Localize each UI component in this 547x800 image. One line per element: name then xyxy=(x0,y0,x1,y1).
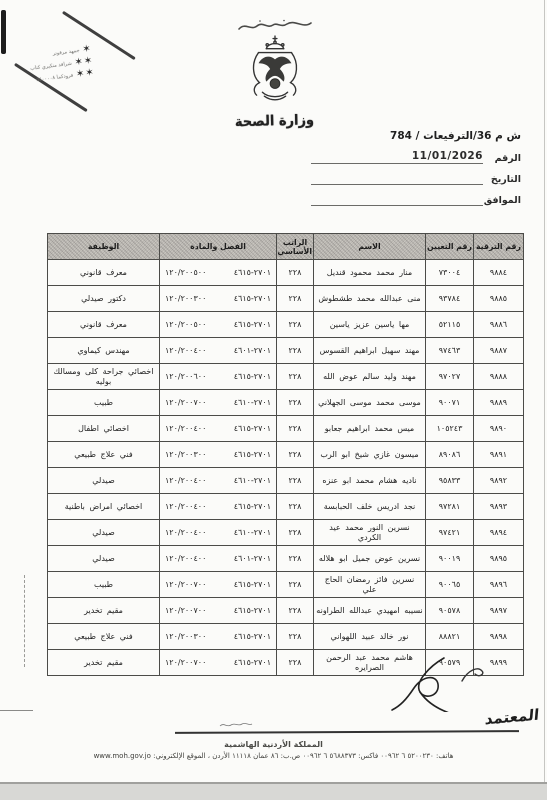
table-row: ٩٨٨٥٩٣٧٨٤منى عبدالله محمد طشطوش٢٢٨١٢٠/٢٠… xyxy=(48,286,524,312)
reference-field: التاريخ xyxy=(311,171,521,185)
scan-bottom-edge xyxy=(0,782,547,800)
cell-chapter-article: ١٢٠/٢٠٠٤٠٠٤٦١٥-٢٧٠١ xyxy=(160,494,277,520)
cell-job-title: مقيم تخدير xyxy=(48,650,160,676)
cell-job-title: اخصائي اطفال xyxy=(48,416,160,442)
cell-basic-salary: ٢٢٨ xyxy=(277,520,314,546)
article-value: ٤٦١٥-٢٧٠١ xyxy=(234,658,271,668)
chapter-value: ١٢٠/٢٠٠٥٠٠ xyxy=(165,320,206,330)
cell-basic-salary: ٢٢٨ xyxy=(277,546,314,572)
cell-appointment-number: ١٠٥٢٤٣ xyxy=(426,416,474,442)
chapter-value: ١٢٠/٢٠٠٤٠٠ xyxy=(165,554,206,564)
table-row: ٩٨٨٨٩٧٠٢٧مهند وليد سالم عوض الله٢٢٨١٢٠/٢… xyxy=(48,364,524,390)
cell-job-title: مهندس كيماوي xyxy=(48,338,160,364)
table-row: ٩٨٩٨٨٨٨٢١نور خالد عبيد اللهواني٢٢٨١٢٠/٢٠… xyxy=(48,624,524,650)
scan-dashed-line xyxy=(24,575,25,667)
chapter-value: ١٢٠/٢٠٠٤٠٠ xyxy=(165,502,206,512)
cell-appointment-number: ٧٣٠٠٤ xyxy=(426,260,474,286)
cell-name: نسرين فائز رمضان الحاج علي xyxy=(314,572,426,598)
cell-appointment-number: ٨٨٨٢١ xyxy=(426,624,474,650)
cell-name: نور خالد عبيد اللهواني xyxy=(314,624,426,650)
table-row: ٩٨٩٣٩٧٢٨١نجد ادريس خلف الحبابسة٢٢٨١٢٠/٢٠… xyxy=(48,494,524,520)
table-row: ٩٨٩٦٩٠٠٦٥نسرين فائز رمضان الحاج علي٢٢٨١٢… xyxy=(48,572,524,598)
field-value: 11/01/2026 xyxy=(311,150,483,164)
cell-name: منى عبدالله محمد طشطوش xyxy=(314,286,426,312)
article-value: ٤٦١٥-٢٧٠١ xyxy=(234,632,271,642)
cell-name: موسى محمد موسى الجهلاني xyxy=(314,390,426,416)
signature-scribble xyxy=(378,652,458,712)
reference-subject: ش م 36/الترفيعات / 784 xyxy=(311,130,521,142)
cell-appointment-number: ٩٠٥٧٨ xyxy=(426,598,474,624)
cell-appointment-number: ٩٣٧٨٤ xyxy=(426,286,474,312)
header-promotion-number: رقم الترقية xyxy=(474,234,524,260)
cell-chapter-article: ١٢٠/٢٠٠٤٠٠٤٦١٠-٢٧٠١ xyxy=(160,520,277,546)
cell-basic-salary: ٢٢٨ xyxy=(277,390,314,416)
pen-check-mark xyxy=(458,663,488,685)
field-value xyxy=(311,192,483,206)
cell-chapter-article: ١٢٠/٢٠٠٥٠٠٤٦١٥-٢٧٠١ xyxy=(160,312,277,338)
cell-job-title: فني علاج طبيعي xyxy=(48,442,160,468)
cell-chapter-article: ١٢٠/٢٠٠٤٠٠٤٦٠١-٢٧٠١ xyxy=(160,338,277,364)
cell-job-title: طبيب xyxy=(48,390,160,416)
cell-basic-salary: ٢٢٨ xyxy=(277,338,314,364)
cell-promotion-number: ٩٨٩١ xyxy=(474,442,524,468)
field-label: الموافق xyxy=(483,195,521,206)
article-value: ٤٦١٥-٢٧٠١ xyxy=(234,268,271,278)
table-header-row: رقم الترقية رقم التعيين الاسم الراتب الأ… xyxy=(48,234,524,260)
chapter-value: ١٢٠/٢٠٠٦٠٠ xyxy=(165,372,206,382)
cell-basic-salary: ٢٢٨ xyxy=(277,624,314,650)
table-body: ٩٨٨٤٧٣٠٠٤منار محمد محمود قنديل٢٢٨١٢٠/٢٠٠… xyxy=(48,260,524,676)
cell-chapter-article: ١٢٠/٢٠٠٣٠٠٤٦١٥-٢٧٠١ xyxy=(160,286,277,312)
cell-basic-salary: ٢٢٨ xyxy=(277,494,314,520)
stamp-line-text: فرودكما ٥٤٠٠٠٠٨ xyxy=(36,73,73,83)
cell-chapter-article: ١٢٠/٢٠٠٧٠٠٤٦١٥-٢٧٠١ xyxy=(160,650,277,676)
cell-job-title: صيدلي xyxy=(48,546,160,572)
cell-basic-salary: ٢٢٨ xyxy=(277,364,314,390)
cell-chapter-article: ١٢٠/٢٠٠٧٠٠٤٦١٠-٢٧٠١ xyxy=(160,390,277,416)
article-value: ٤٦٠١-٢٧٠١ xyxy=(234,346,271,356)
table-row: ٩٨٩٠١٠٥٢٤٣ميس محمد ابراهيم جعابو٢٢٨١٢٠/٢… xyxy=(48,416,524,442)
cell-basic-salary: ٢٢٨ xyxy=(277,442,314,468)
approval-line xyxy=(175,730,519,733)
ministry-name: وزارة الصحة xyxy=(222,112,327,131)
footer-contact-line: هاتف: ٥٢٠٠٢٣٠ ٦ ٠٠٩٦٢ فاكس: ٥٦٨٨٣٧٣ ٦ ٠٠… xyxy=(0,752,547,760)
approved-handwritten-word: المعتمد xyxy=(484,706,540,729)
cell-promotion-number: ٩٨٨٥ xyxy=(474,286,524,312)
cell-chapter-article: ١٢٠/٢٠٠٦٠٠٤٦١٥-٢٧٠١ xyxy=(160,364,277,390)
article-value: ٤٦١٥-٢٧٠١ xyxy=(234,424,271,434)
header-job-title: الوظيفة xyxy=(48,234,160,260)
cell-promotion-number: ٩٨٩٥ xyxy=(474,546,524,572)
chapter-value: ١٢٠/٢٠٠٤٠٠ xyxy=(165,346,206,356)
article-value: ٤٦١٠-٢٧٠١ xyxy=(234,398,271,408)
jordan-coat-of-arms xyxy=(244,34,306,106)
letterhead: وزارة الصحة xyxy=(222,18,327,129)
cell-basic-salary: ٢٢٨ xyxy=(277,312,314,338)
chapter-value: ١٢٠/٢٠٠٣٠٠ xyxy=(165,294,206,304)
cell-job-title: فني علاج طبيعي xyxy=(48,624,160,650)
handwritten-annotation xyxy=(218,720,254,730)
article-value: ٤٦١٥-٢٧٠١ xyxy=(234,606,271,616)
cell-job-title: معرف قانوني xyxy=(48,260,160,286)
received-stamp: ✶ جمهد مرفوتر ✶✶ شرافد منكيري كتاب ✶✶ فر… xyxy=(12,20,142,120)
cell-appointment-number: ٥٢١١٥ xyxy=(426,312,474,338)
cell-appointment-number: ٩٠٠٦٥ xyxy=(426,572,474,598)
table-row: ٩٨٩٤٩٧٤٢١نسرين النور محمد عيد الكردي٢٢٨١… xyxy=(48,520,524,546)
cell-appointment-number: ٩٧٢٨١ xyxy=(426,494,474,520)
cell-name: نسيبه امهيدي عبدالله الطراونه xyxy=(314,598,426,624)
cell-name: ميسون غازي شيخ ابو الرب xyxy=(314,442,426,468)
cell-job-title: صيدلي xyxy=(48,520,160,546)
article-value: ٤٦١٥-٢٧٠١ xyxy=(234,502,271,512)
cell-basic-salary: ٢٢٨ xyxy=(277,650,314,676)
cell-promotion-number: ٩٨٩٨ xyxy=(474,624,524,650)
cell-promotion-number: ٩٨٩٠ xyxy=(474,416,524,442)
chapter-value: ١٢٠/٢٠٠٤٠٠ xyxy=(165,476,206,486)
cell-chapter-article: ١٢٠/٢٠٠٤٠٠٤٦١٥-٢٧٠١ xyxy=(160,416,277,442)
article-value: ٤٦١٥-٢٧٠١ xyxy=(234,372,271,382)
cell-job-title: معرف قانوني xyxy=(48,312,160,338)
cell-chapter-article: ١٢٠/٢٠٠٥٠٠٤٦١٥-٢٧٠١ xyxy=(160,260,277,286)
table-row: ٩٨٩٧٩٠٥٧٨نسيبه امهيدي عبدالله الطراونه٢٢… xyxy=(48,598,524,624)
header-name: الاسم xyxy=(314,234,426,260)
chapter-value: ١٢٠/٢٠٠٣٠٠ xyxy=(165,450,206,460)
cell-name: مهند سهيل ابراهيم القسوس xyxy=(314,338,426,364)
article-value: ٤٦١٥-٢٧٠١ xyxy=(234,450,271,460)
table-row: ٩٨٩١٨٩٠٨٦ميسون غازي شيخ ابو الرب٢٢٨١٢٠/٢… xyxy=(48,442,524,468)
star-icon: ✶ xyxy=(82,44,93,55)
stamp-line-text: شرافد منكيري كتاب xyxy=(30,61,72,72)
cell-promotion-number: ٩٨٨٨ xyxy=(474,364,524,390)
cell-chapter-article: ١٢٠/٢٠٠٤٠٠٤٦١٠-٢٧٠١ xyxy=(160,468,277,494)
article-value: ٤٦٠١-٢٧٠١ xyxy=(234,554,271,564)
cell-appointment-number: ٩٠٠٧١ xyxy=(426,390,474,416)
cell-job-title: دكتور صيدلي xyxy=(48,286,160,312)
stamp-line-text: جمهد مرفوتر xyxy=(52,48,80,57)
scan-stray-line xyxy=(0,710,33,711)
footer-kingdom-line: المملكة الأردنية الهاشمية xyxy=(0,740,547,749)
cell-basic-salary: ٢٢٨ xyxy=(277,416,314,442)
chapter-value: ١٢٠/٢٠٠٧٠٠ xyxy=(165,580,206,590)
cell-promotion-number: ٩٨٨٧ xyxy=(474,338,524,364)
cell-name: ناديه هشام محمد ابو عنزه xyxy=(314,468,426,494)
chapter-value: ١٢٠/٢٠٠٤٠٠ xyxy=(165,424,206,434)
article-value: ٤٦١٥-٢٧٠١ xyxy=(234,580,271,590)
chapter-value: ١٢٠/٢٠٠٥٠٠ xyxy=(165,268,206,278)
cell-promotion-number: ٩٨٨٤ xyxy=(474,260,524,286)
cell-promotion-number: ٩٨٩٢ xyxy=(474,468,524,494)
cell-appointment-number: ٩٠٠١٩ xyxy=(426,546,474,572)
calligraphy-mark xyxy=(236,18,314,34)
cell-basic-salary: ٢٢٨ xyxy=(277,286,314,312)
cell-promotion-number: ٩٨٨٦ xyxy=(474,312,524,338)
header-appointment-number: رقم التعيين xyxy=(426,234,474,260)
cell-name: نسرين النور محمد عيد الكردي xyxy=(314,520,426,546)
promotions-table: رقم الترقية رقم التعيين الاسم الراتب الأ… xyxy=(47,233,523,676)
cell-chapter-article: ١٢٠/٢٠٠٣٠٠٤٦١٥-٢٧٠١ xyxy=(160,624,277,650)
cell-basic-salary: ٢٢٨ xyxy=(277,598,314,624)
cell-name: نجد ادريس خلف الحبابسة xyxy=(314,494,426,520)
table-row: ٩٨٩٥٩٠٠١٩نسرين عوض جميل ابو هلاله٢٢٨١٢٠/… xyxy=(48,546,524,572)
cell-promotion-number: ٩٨٨٩ xyxy=(474,390,524,416)
chapter-value: ١٢٠/٢٠٠٣٠٠ xyxy=(165,632,206,642)
chapter-value: ١٢٠/٢٠٠٧٠٠ xyxy=(165,606,206,616)
cell-appointment-number: ٩٥٨٣٣ xyxy=(426,468,474,494)
scan-edge-mark xyxy=(1,10,6,54)
cell-job-title: اخصائي جراحة كلى ومسالك بوليه xyxy=(48,364,160,390)
cell-promotion-number: ٩٨٩٦ xyxy=(474,572,524,598)
reference-block: ش م 36/الترفيعات / 784 الرقم 11/01/2026 … xyxy=(311,130,521,213)
article-value: ٤٦١٠-٢٧٠١ xyxy=(234,528,271,538)
table-row: ٩٨٨٦٥٢١١٥مها ياسين عزيز ياسين٢٢٨١٢٠/٢٠٠٥… xyxy=(48,312,524,338)
cell-job-title: مقيم تخدير xyxy=(48,598,160,624)
cell-appointment-number: ٩٧٠٢٧ xyxy=(426,364,474,390)
table-row: ٩٨٨٧٩٧٤٦٣مهند سهيل ابراهيم القسوس٢٢٨١٢٠/… xyxy=(48,338,524,364)
cell-chapter-article: ١٢٠/٢٠٠٣٠٠٤٦١٥-٢٧٠١ xyxy=(160,442,277,468)
cell-basic-salary: ٢٢٨ xyxy=(277,468,314,494)
cell-promotion-number: ٩٨٩٧ xyxy=(474,598,524,624)
header-chapter-article: الفصل والمادة xyxy=(160,234,277,260)
cell-basic-salary: ٢٢٨ xyxy=(277,260,314,286)
cell-chapter-article: ١٢٠/٢٠٠٧٠٠٤٦١٥-٢٧٠١ xyxy=(160,572,277,598)
cell-name: مهند وليد سالم عوض الله xyxy=(314,364,426,390)
cell-name: مها ياسين عزيز ياسين xyxy=(314,312,426,338)
scan-edge-line xyxy=(544,0,545,786)
cell-appointment-number: ٩٧٤٢١ xyxy=(426,520,474,546)
field-label: التاريخ xyxy=(483,174,521,185)
reference-field: الرقم 11/01/2026 xyxy=(311,150,521,164)
cell-name: منار محمد محمود قنديل xyxy=(314,260,426,286)
cell-appointment-number: ٨٩٠٨٦ xyxy=(426,442,474,468)
cell-chapter-article: ١٢٠/٢٠٠٤٠٠٤٦٠١-٢٧٠١ xyxy=(160,546,277,572)
field-value xyxy=(311,171,483,185)
cell-name: نسرين عوض جميل ابو هلاله xyxy=(314,546,426,572)
table-row: ٩٨٩٢٩٥٨٣٣ناديه هشام محمد ابو عنزه٢٢٨١٢٠/… xyxy=(48,468,524,494)
chapter-value: ١٢٠/٢٠٠٤٠٠ xyxy=(165,528,206,538)
reference-field: الموافق xyxy=(311,192,521,206)
cell-name: ميس محمد ابراهيم جعابو xyxy=(314,416,426,442)
cell-appointment-number: ٩٧٤٦٣ xyxy=(426,338,474,364)
chapter-value: ١٢٠/٢٠٠٧٠٠ xyxy=(165,398,206,408)
cell-job-title: اخصائي امراض باطنية xyxy=(48,494,160,520)
cell-promotion-number: ٩٨٩٤ xyxy=(474,520,524,546)
table-row: ٩٨٨٩٩٠٠٧١موسى محمد موسى الجهلاني٢٢٨١٢٠/٢… xyxy=(48,390,524,416)
cell-promotion-number: ٩٨٩٣ xyxy=(474,494,524,520)
cell-basic-salary: ٢٢٨ xyxy=(277,572,314,598)
article-value: ٤٦١٥-٢٧٠١ xyxy=(234,320,271,330)
cell-job-title: طبيب xyxy=(48,572,160,598)
cell-chapter-article: ١٢٠/٢٠٠٧٠٠٤٦١٥-٢٧٠١ xyxy=(160,598,277,624)
header-basic-salary: الراتب الأساسي xyxy=(277,234,314,260)
chapter-value: ١٢٠/٢٠٠٧٠٠ xyxy=(165,658,206,668)
field-label: الرقم xyxy=(483,153,521,164)
table-row: ٩٨٨٤٧٣٠٠٤منار محمد محمود قنديل٢٢٨١٢٠/٢٠٠… xyxy=(48,260,524,286)
article-value: ٤٦١٥-٢٧٠١ xyxy=(234,294,271,304)
star-icon: ✶✶ xyxy=(76,68,96,80)
cell-job-title: صيدلي xyxy=(48,468,160,494)
article-value: ٤٦١٠-٢٧٠١ xyxy=(234,476,271,486)
